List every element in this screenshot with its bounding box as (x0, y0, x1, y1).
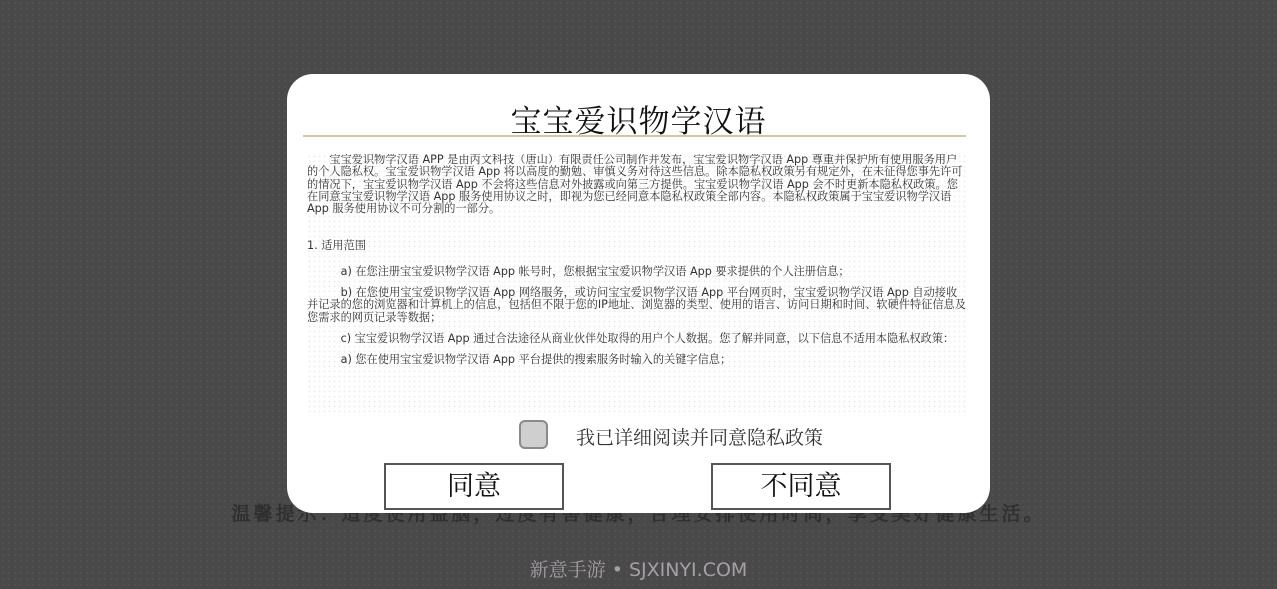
policy-item-c: c) 宝宝爱识物学汉语 App 通过合法途径从商业伙伴处取得的用户个人数据。您了… (307, 333, 967, 345)
agree-button[interactable]: 同意 (384, 463, 564, 510)
agree-checkbox[interactable] (519, 420, 548, 449)
policy-item-a: a) 在您注册宝宝爱识物学汉语 App 帐号时，您根据宝宝爱识物学汉语 App … (307, 266, 967, 278)
disagree-button[interactable]: 不同意 (711, 463, 891, 510)
title-divider (303, 135, 966, 137)
policy-intro: 宝宝爱识物学汉语 APP 是由丙文科技（唐山）有限责任公司制作并发布，宝宝爱识物… (307, 154, 967, 215)
policy-section-heading: 1. 适用范围 (307, 240, 967, 252)
privacy-policy-dialog: 宝宝爱识物学汉语 宝宝爱识物学汉语 APP 是由丙文科技（唐山）有限责任公司制作… (287, 74, 990, 513)
policy-item-a2: a) 您在使用宝宝爱识物学汉语 App 平台提供的搜索服务时输入的关键字信息； (307, 354, 967, 366)
checkbox-label[interactable]: 我已详细阅读并同意隐私政策 (576, 423, 823, 450)
policy-text-scroll-area[interactable]: 宝宝爱识物学汉语 APP 是由丙文科技（唐山）有限责任公司制作并发布，宝宝爱识物… (307, 154, 967, 416)
policy-item-b: b) 在您使用宝宝爱识物学汉语 App 网络服务，或访问宝宝爱识物学汉语 App… (307, 287, 967, 324)
watermark-footer: 新意手游 • SJXINYI.COM (0, 555, 1277, 582)
